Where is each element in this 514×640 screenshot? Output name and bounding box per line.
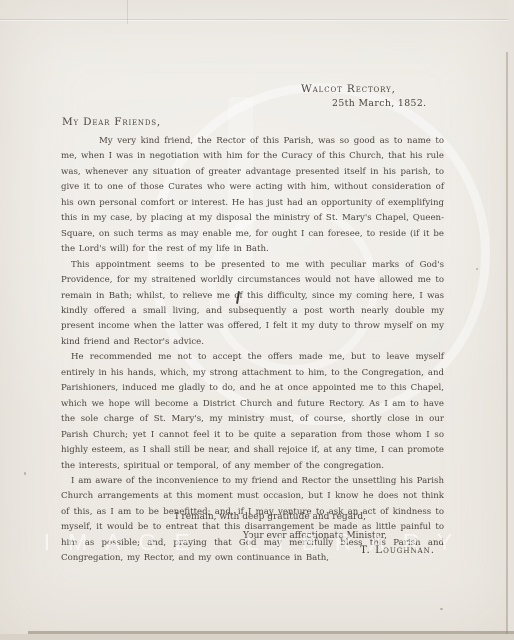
letter-heading: Walcot Rectory, 25th March, 1852.: [301, 83, 427, 109]
paper-speck: [440, 608, 443, 610]
paper-speck: [24, 472, 26, 475]
body-paragraph-2: This appointment seems to be presented t…: [61, 258, 444, 351]
body-paragraph-1: My very kind friend, the Rector of this …: [61, 134, 444, 258]
closing-line-1: I remain, with deep gratitude and regard…: [175, 512, 366, 522]
closing-line-2: Your ever affectionate Minister,: [243, 531, 387, 541]
letter-body: My very kind friend, the Rector of this …: [61, 134, 444, 567]
paper-crease-horizontal: [0, 19, 514, 20]
paper-speck: [476, 268, 478, 270]
paper-edge-bottom: [28, 631, 514, 634]
signature: T. Loughnan.: [360, 544, 435, 556]
letter-place: Walcot Rectory,: [301, 83, 427, 95]
paper-edge-bottom-background: [0, 634, 514, 640]
letter-salutation: My Dear Friends,: [62, 116, 161, 128]
paper-crease-vertical: [127, 0, 128, 24]
body-paragraph-3: He recommended me not to accept the offe…: [61, 350, 444, 474]
letter-date: 25th March, 1852.: [332, 98, 427, 109]
scanned-letter-page: Walcot Rectory, 25th March, 1852. My Dea…: [0, 0, 514, 640]
paper-edge-right: [506, 52, 508, 634]
paper-edge-right-background: [508, 0, 514, 640]
